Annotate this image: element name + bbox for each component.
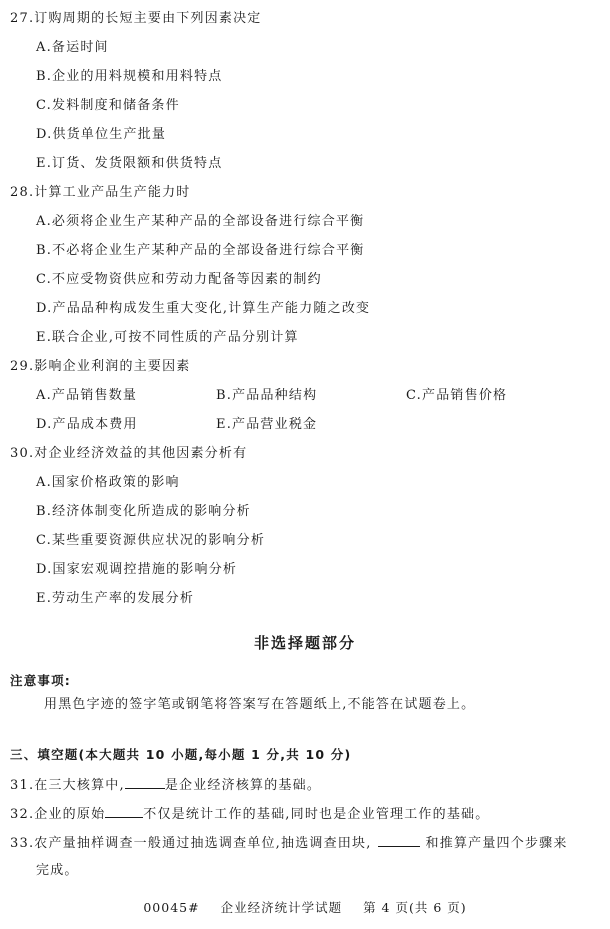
question-29-option-e: E.产品营业税金 <box>216 416 317 434</box>
question-27-option-e: E.订货、发货限额和供货特点 <box>36 155 222 173</box>
question-33: 33.农产量抽样调查一般通过抽选调查单位,抽选调查田块,和推算产量四个步骤来 <box>10 833 568 853</box>
question-31-after: 是企业经济核算的基础。 <box>165 778 321 793</box>
section-title: 非选择题部分 <box>0 632 610 653</box>
question-29-option-a: A.产品销售数量 <box>36 387 137 405</box>
question-29-stem: 29.影响企业利润的主要因素 <box>10 358 190 376</box>
question-31-blank <box>125 775 165 789</box>
question-31: 31.在三大核算中,是企业经济核算的基础。 <box>10 775 321 795</box>
question-27-stem: 27.订购周期的长短主要由下列因素决定 <box>10 10 261 28</box>
question-33-after: 和推算产量四个步骤来 <box>426 836 568 851</box>
question-32-after: 不仅是统计工作的基础,同时也是企业管理工作的基础。 <box>143 807 489 822</box>
question-32-before: 32.企业的原始 <box>10 807 105 822</box>
question-27-option-c: C.发料制度和储备条件 <box>36 97 180 115</box>
notice-text: 用黑色字迹的签字笔或钢笔将答案写在答题纸上,不能答在试题卷上。 <box>44 696 475 714</box>
question-27-option-b: B.企业的用料规模和用料特点 <box>36 68 223 86</box>
page-footer: 00045# 企业经济统计学试题 第 4 页(共 6 页) <box>0 898 610 916</box>
question-30-option-a: A.国家价格政策的影响 <box>36 474 180 492</box>
question-28-option-c: C.不应受物资供应和劳动力配备等因素的制约 <box>36 271 322 289</box>
question-28-option-d: D.产品品种构成发生重大变化,计算生产能力随之改变 <box>36 300 370 318</box>
question-27-option-d: D.供货单位生产批量 <box>36 126 166 144</box>
question-30-option-b: B.经济体制变化所造成的影响分析 <box>36 503 251 521</box>
question-30-stem: 30.对企业经济效益的其他因素分析有 <box>10 445 247 463</box>
question-29-option-c: C.产品销售价格 <box>406 387 507 405</box>
footer-code: 00045# <box>143 900 199 915</box>
question-31-before: 31.在三大核算中, <box>10 778 125 793</box>
question-30-option-c: C.某些重要资源供应状况的影响分析 <box>36 532 265 550</box>
question-27-option-a: A.备运时间 <box>36 39 109 57</box>
part-heading: 三、填空题(本大题共 10 小题,每小题 1 分,共 10 分) <box>10 746 351 764</box>
question-32-blank <box>105 804 143 818</box>
question-33-before: 33.农产量抽样调查一般通过抽选调查单位,抽选调查田块, <box>10 836 372 851</box>
question-29-option-b: B.产品品种结构 <box>216 387 317 405</box>
question-29-option-d: D.产品成本费用 <box>36 416 138 434</box>
question-28-option-a: A.必须将企业生产某种产品的全部设备进行综合平衡 <box>36 213 364 231</box>
question-30-option-d: D.国家宏观调控措施的影响分析 <box>36 561 237 579</box>
question-33-blank <box>378 833 420 847</box>
footer-page: 第 4 页(共 6 页) <box>363 900 467 915</box>
question-33-continuation: 完成。 <box>36 862 79 880</box>
question-28-stem: 28.计算工业产品生产能力时 <box>10 184 190 202</box>
footer-subject: 企业经济统计学试题 <box>221 900 343 915</box>
question-28-option-e: E.联合企业,可按不同性质的产品分别计算 <box>36 329 299 347</box>
question-28-option-b: B.不必将企业生产某种产品的全部设备进行综合平衡 <box>36 242 365 260</box>
question-30-option-e: E.劳动生产率的发展分析 <box>36 590 194 608</box>
question-32: 32.企业的原始不仅是统计工作的基础,同时也是企业管理工作的基础。 <box>10 804 489 824</box>
notice-label: 注意事项: <box>10 672 71 690</box>
